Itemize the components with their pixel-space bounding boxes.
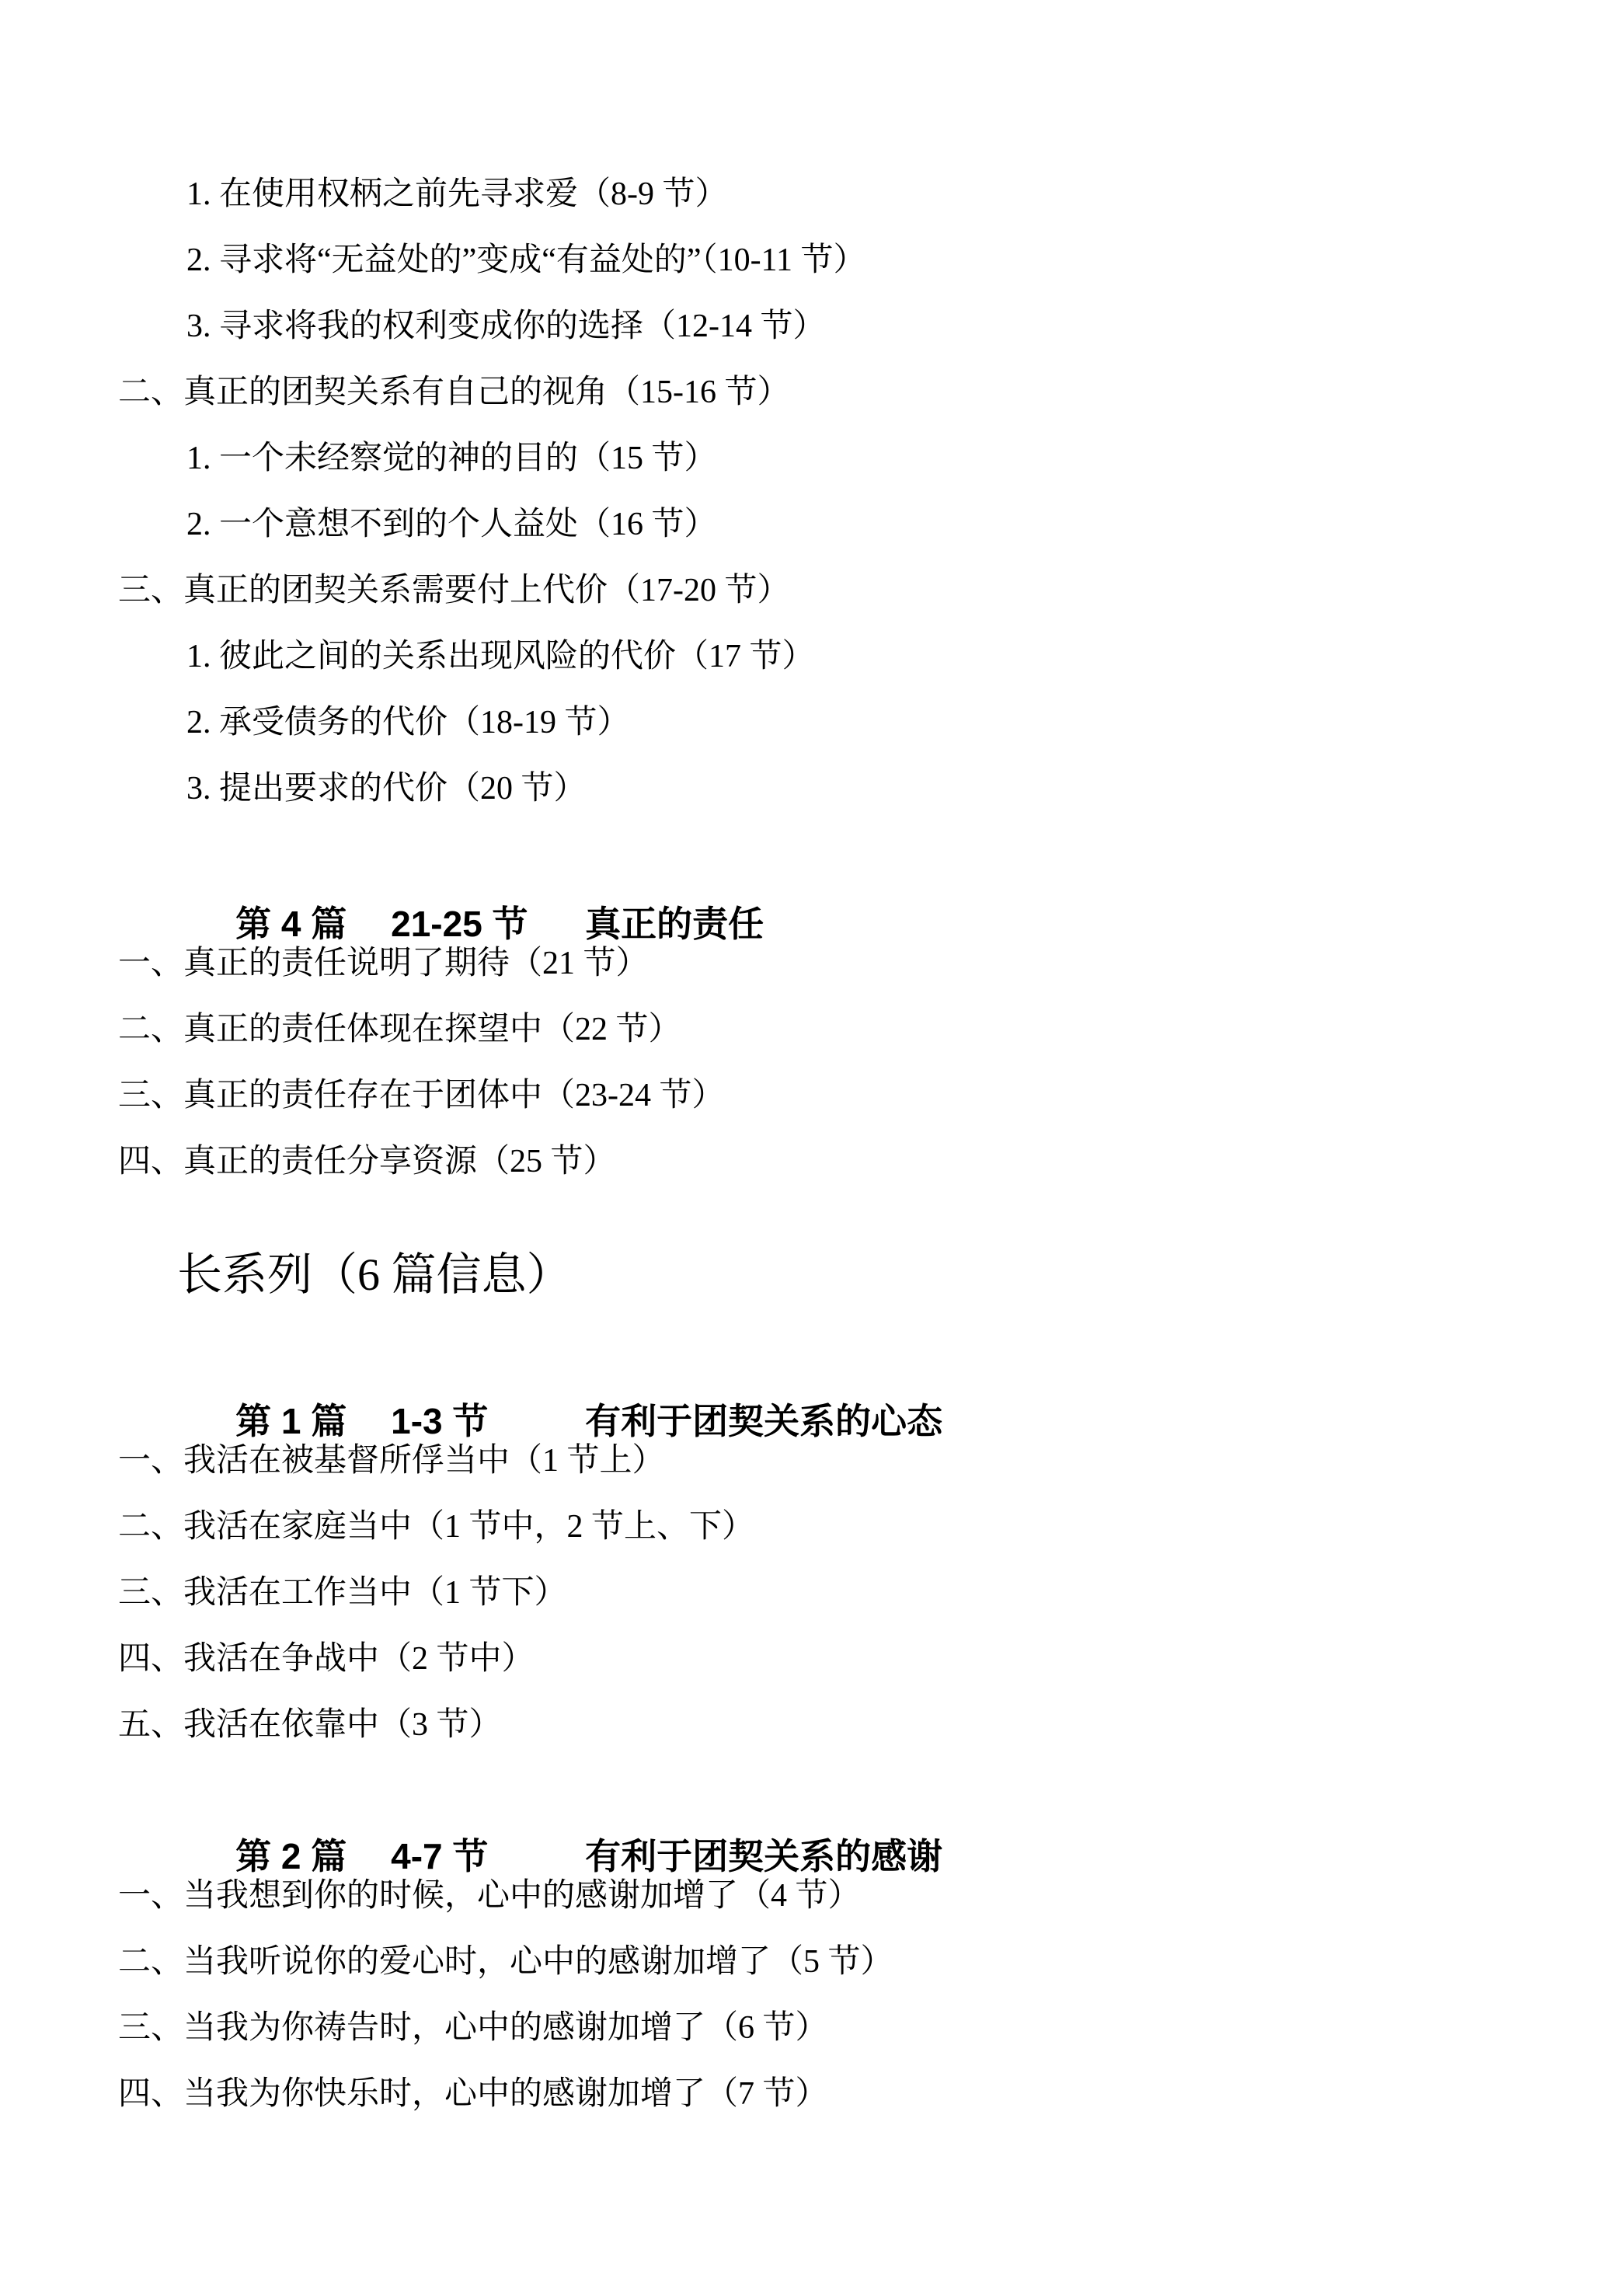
- outline-item: 一、当我想到你的时候，心中的感谢加增了（4 节）: [118, 1876, 861, 1915]
- outline-subitem: 2. 一个意想不到的个人益处（16 节）: [186, 505, 717, 544]
- outline-item: 三、我活在工作当中（1 节下）: [118, 1573, 567, 1612]
- outline-item: 三、当我为你祷告时，心中的感谢加增了（6 节）: [118, 2009, 828, 2047]
- outline-subitem: 3. 提出要求的代价（20 节）: [186, 769, 587, 808]
- heading-number: 第 4 篇: [235, 902, 391, 946]
- outline-item: 五、我活在依靠中（3 节）: [118, 1705, 502, 1744]
- outline-item: 一、我活在被基督所俘当中（1 节上）: [118, 1441, 665, 1480]
- outline-item: 二、真正的团契关系有自己的视角（15-16 节）: [118, 373, 790, 412]
- heading-title: 有利于团契关系的心态: [585, 1399, 942, 1443]
- outline-subitem: 3. 寻求将我的权利变成你的选择（12-14 节）: [186, 307, 826, 346]
- outline-subitem: 2. 寻求将“无益处的”变成“有益处的”（10-11 节）: [186, 241, 866, 280]
- outline-subitem: 1. 彼此之间的关系出现风险的代价（17 节）: [186, 637, 815, 676]
- outline-subitem: 1. 一个未经察觉的神的目的（15 节）: [186, 439, 717, 478]
- outline-subitem: 2. 承受债务的代价（18-19 节）: [186, 703, 630, 742]
- series-title: 长系列（6 篇信息）: [177, 1249, 572, 1301]
- heading-title: 真正的责任: [585, 902, 764, 946]
- outline-item: 三、真正的责任存在于团体中（23-24 节）: [118, 1076, 725, 1115]
- outline-item: 四、我活在争战中（2 节中）: [118, 1639, 535, 1678]
- heading-range: 1-3 节: [391, 1399, 585, 1443]
- outline-item: 二、当我听说你的爱心时，心中的感谢加增了（5 节）: [118, 1942, 893, 1981]
- heading-range: 21-25 节: [391, 902, 585, 946]
- heading-title: 有利于团契关系的感谢: [585, 1834, 942, 1878]
- outline-item: 四、当我为你快乐时，心中的感谢加增了（7 节）: [118, 2075, 828, 2113]
- outline-subitem: 1. 在使用权柄之前先寻求爱（8-9 节）: [186, 175, 728, 214]
- outline-item: 一、真正的责任说明了期待（21 节）: [118, 944, 649, 983]
- outline-item: 二、真正的责任体现在探望中（22 节）: [118, 1010, 681, 1049]
- heading-range: 4-7 节: [391, 1834, 585, 1878]
- outline-item: 三、真正的团契关系需要付上代价（17-20 节）: [118, 571, 790, 610]
- outline-item: 二、我活在家庭当中（1 节中，2 节上、下）: [118, 1507, 754, 1546]
- heading-number: 第 2 篇: [235, 1834, 391, 1878]
- heading-number: 第 1 篇: [235, 1399, 391, 1443]
- outline-item: 四、真正的责任分享资源（25 节）: [118, 1142, 616, 1181]
- document-page: 1. 在使用权柄之前先寻求爱（8-9 节） 2. 寻求将“无益处的”变成“有益处…: [0, 0, 1616, 2296]
